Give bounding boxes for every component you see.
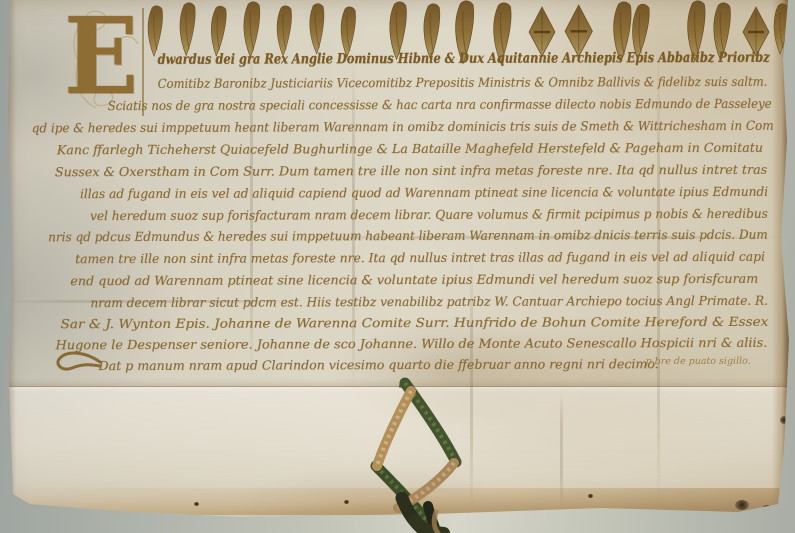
photograph: E c dwardus dei gra Rex Anglie Dominus H…: [0, 0, 795, 533]
charter-line-4: qd ipe & heredes sui imppetuum heant lib…: [32, 117, 795, 138]
charter-line-9: nris qd pdcus Edmundus & heredes sui imp…: [48, 226, 795, 247]
charter-text-block: dwardus dei gra Rex Anglie Dominus Hibni…: [0, 0, 795, 421]
sewing-hole: [43, 508, 48, 512]
charter-line-5: Kanc ffarlegh Ticheherst Quiacefeld Bugh…: [57, 139, 755, 159]
parchment-bottom-edge: [0, 488, 795, 515]
charter-line-11: end quod ad Warennam ptineat sine licenc…: [70, 270, 746, 290]
charter-line-6: Sussex & Oxerstham in Com Surr. Dum tame…: [55, 161, 756, 181]
ink-blotch: [762, 505, 772, 513]
charter-line-2: Comitibz Baronibz Justiciariis Vicecomit…: [158, 73, 795, 93]
sewing-hole: [194, 502, 199, 506]
charter-line-8: vel heredum suoz sup forisfacturam nram …: [90, 205, 791, 225]
charter-line-3: Sciatis nos de gra nostra speciali conce…: [108, 95, 795, 115]
charter-line-13: Sar & J. Wynton Epis. Johanne de Warenna…: [60, 313, 708, 333]
charter-line-1: dwardus dei gra Rex Anglie Dominus Hibni…: [157, 48, 795, 69]
sewing-hole: [588, 494, 593, 498]
charter-line-12: nram decem librar sicut pdcm est. Hiis t…: [90, 292, 787, 312]
charter-line-14: Hugone le Despenser seniore. Johanne de …: [55, 334, 745, 354]
charter-line-7: illas ad fugand in eis vel ad aliquid ca…: [80, 183, 787, 203]
sewing-hole: [344, 500, 349, 504]
charter-line-15: Dat p manum nram apud Clarindon vicesimo…: [99, 355, 656, 375]
parchment-charter: E c dwardus dei gra Rex Anglie Dominus H…: [0, 0, 795, 533]
charter-line-10: tamen tre ille non sint infra metas fore…: [75, 248, 777, 268]
ink-blotch: [735, 500, 749, 510]
privy-seal-docket: p bre de puato sigillo.: [646, 356, 751, 367]
